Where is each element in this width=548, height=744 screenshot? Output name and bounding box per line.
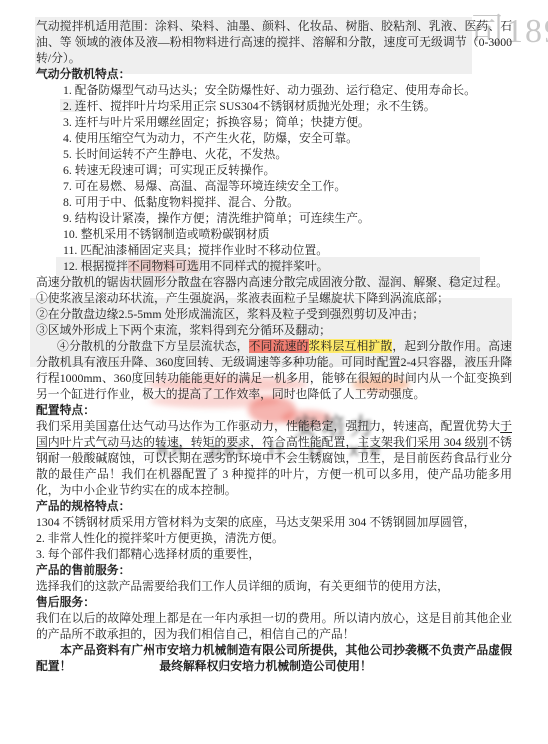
presale-paragraph: 选择我们的这款产品需要给我们工作人员详细的质询，有关更细节的使用方法， <box>36 578 512 594</box>
spec-item: 3. 每个部件我们都精心选择材质的重要性， <box>36 546 512 562</box>
feature-item-12-pink-highlight: 可选 <box>175 259 199 273</box>
feature-item: 10. 整机采用不锈钢制造或喷粉碳钢材质 <box>63 226 512 242</box>
spec-item: 1304 不锈钢材质采用方管材料为支架的底座，马达支架采用 304 不锈钢圆加厚… <box>36 514 512 530</box>
feature-item: 5. 长时间运转不产生静电、火花，不发热。 <box>63 146 512 162</box>
feature-item: 9. 结构设计紧凑，操作方便；清洗维护简单；可连续生产。 <box>63 210 512 226</box>
feature-item-12: 12. 根据搅拌不同物料可选用不同样式的搅拌桨叶。 <box>63 258 512 274</box>
feature-item: 11. 匹配油漆桶固定夹具；搅拌作业时不移动位置。 <box>63 242 512 258</box>
document-page: 司189 安培力 An pei li ji xie 气动搅拌机适用范围：涂料、染… <box>0 0 548 744</box>
footer-paragraph: 本产品资料有广州市安培力机械制造有限公司所提供，其他公司抄袭概不负责产品虚假配置… <box>36 642 512 674</box>
specs-heading: 产品的规格特点： <box>36 498 512 514</box>
disperser-subitem-4-text: ④分散机的分散盘下方呈层流状态， <box>57 339 249 353</box>
disperser-subitem-1: ①使浆液呈滚动环状流，产生强旋涡，浆液表面粒子呈螺旋状下降到涡流底部； <box>36 290 512 306</box>
presale-heading: 产品的售前服务： <box>36 562 512 578</box>
intro-paragraph: 气动搅拌机适用范围：涂料、染料、油墨、颜料、化妆品、树脂、胶粘剂、乳液、医药、石… <box>36 18 512 66</box>
disperser-subitem-2: ②在分散盘边缘2.5-5mm 处形成湍流区，浆料及粒子受到强烈剪切及冲击； <box>36 306 512 322</box>
feature-item-12-text: 用不同样式的搅拌桨叶。 <box>199 259 329 273</box>
disperser-subitem-4: ④分散机的分散盘下方呈层流状态，不同流速的浆料层互相扩散，起到分散作用。高速分散… <box>36 338 512 402</box>
feature-item: 7. 可在易燃、易爆、高温、高湿等环境连续安全工作。 <box>63 178 512 194</box>
red-highlighted-text: 不同流速的 <box>249 339 309 353</box>
feature-list: 1. 配备防爆型气动马达头；安全防爆性好、动力强劲、运行稳定、使用寿命长。 2.… <box>63 82 512 274</box>
feature-item: 8. 可用于中、低黏度物料搅拌、混合、分散。 <box>63 194 512 210</box>
spec-item: 2. 非常人性化的搅拌桨叶方便更换，清洗方便。 <box>36 530 512 546</box>
footer-line-2: 最终解释权归安培力机械制造公司使用！ <box>159 659 371 673</box>
aftersale-paragraph: 我们在以后的故障处理上都是在一年内承担一切的费用。所以请内放心，这是目前其他企业… <box>36 610 512 642</box>
config-paragraph: 我们采用美国嘉仕达气动马达作为工作驱动力，性能稳定，强扭力，转速高，配置优势大于… <box>36 418 512 498</box>
feature-item: 2. 连杆、搅拌叶片均采用正宗 SUS304不锈钢材质抛光处理；永不生锈。 <box>63 98 512 114</box>
feature-item-12-text: 12. 根据搅拌 <box>63 259 128 273</box>
feature-item: 4. 使用压缩空气为动力，不产生火花，防爆，安全可靠。 <box>63 130 512 146</box>
feature-item: 3. 连杆与叶片采用螺丝固定；拆换容易；简单；快捷方便。 <box>63 114 512 130</box>
disperser-intro: 高速分散机的锯齿状圆形分散盘在容器内高速分散完成固液分散、湿润、解聚、稳定过程。 <box>36 274 512 290</box>
config-text: 我们采用美国嘉仕达气动马达作为工作驱动力，性能稳定，强扭力，转速高，配置优势大 <box>36 419 500 433</box>
aftersale-heading: 售后服务： <box>36 594 512 610</box>
document-content: 气动搅拌机适用范围：涂料、染料、油墨、颜料、化妆品、树脂、胶粘剂、乳液、医药、石… <box>36 18 512 674</box>
yellow-highlighted-text: 浆料层互相扩散 <box>309 339 393 353</box>
feature-item: 6. 转速无段速可调；可实现正反转操作。 <box>63 162 512 178</box>
config-heading: 配置特点： <box>36 402 512 418</box>
feature-item-12-pink-highlight: 不同物料 <box>128 259 175 273</box>
feature-item: 1. 配备防爆型气动马达头；安全防爆性好、动力强劲、运行稳定、使用寿命长。 <box>63 82 512 98</box>
features-heading: 气动分散机特点： <box>36 66 512 82</box>
disperser-subitem-3: ③区域外形成上下两个束流，浆料得到充分循环及翻动； <box>36 322 512 338</box>
